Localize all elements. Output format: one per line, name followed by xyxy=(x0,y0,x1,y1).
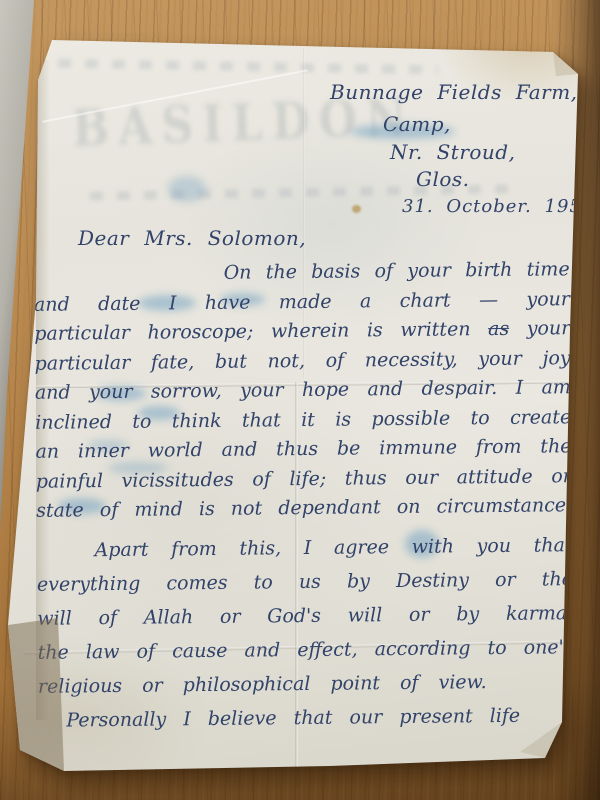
letter-body: On the basis of your birth time and date… xyxy=(34,255,575,737)
struck-word: as xyxy=(488,318,509,340)
address-line: Glos. xyxy=(416,167,470,191)
salutation: Dear Mrs. Solomon, xyxy=(78,226,306,250)
body-line-part: your xyxy=(527,317,571,339)
body-line: will of Allah or God's will or by karma, xyxy=(37,596,573,636)
letter-paper: BASILDON Bunnage Fields Farm, Camp, Nr. … xyxy=(0,0,600,800)
letter-paper-wrap: BASILDON Bunnage Fields Farm, Camp, Nr. … xyxy=(0,0,600,800)
address-line: Bunnage Fields Farm, xyxy=(330,80,578,104)
date-line: 31. October. 1957. xyxy=(402,196,600,217)
body-line: religious or philosophical point of view… xyxy=(38,664,574,704)
body-line: the law of cause and effect, according t… xyxy=(37,630,573,670)
body-line-part: particular horoscope; wherein is written xyxy=(34,318,470,345)
stain-spot xyxy=(352,205,361,213)
address-line: Nr. Stroud, xyxy=(390,140,515,164)
ink-smudge xyxy=(168,176,206,202)
ghost-writing-mark xyxy=(58,59,438,75)
address-line: Camp, xyxy=(383,112,451,136)
body-line: Personally I believe that our present li… xyxy=(38,698,574,738)
body-line: Apart from this, I agree with you that xyxy=(36,528,572,568)
letter-paragraph-2: Apart from this, I agree with you that e… xyxy=(36,528,574,738)
body-line: state of mind is not dependant on circum… xyxy=(36,491,572,526)
body-line: everything comes to us by Destiny or the xyxy=(37,562,573,602)
